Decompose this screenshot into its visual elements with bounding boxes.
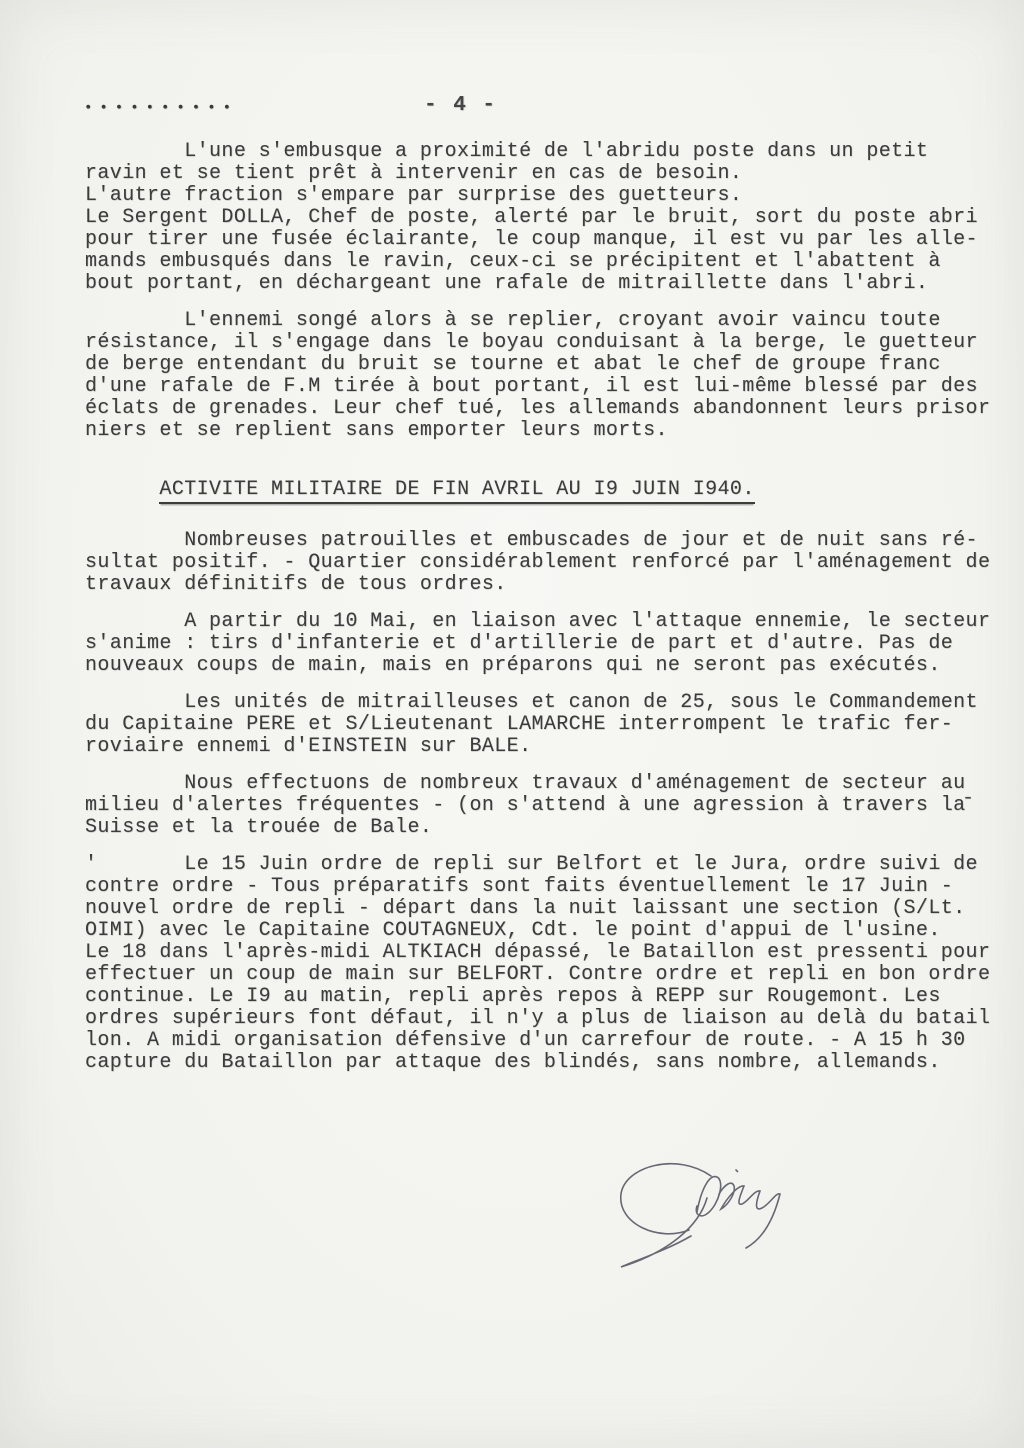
handwritten-signature bbox=[607, 1140, 817, 1275]
paragraph-ambush: L'une s'embusque a proximité de l'abridu… bbox=[85, 141, 1017, 295]
paragraph-patrols: Nombreuses patrouilles et embuscades de … bbox=[85, 530, 1017, 596]
scanned-document-page: •••••••••• - 4 - L'une s'embusque a prox… bbox=[0, 0, 1024, 1448]
document-body: L'une s'embusque a proximité de l'abridu… bbox=[85, 141, 1017, 1089]
signature-icon bbox=[607, 1140, 817, 1275]
paragraph-travaux: Nous effectuons de nombreux travaux d'am… bbox=[85, 773, 1017, 839]
paragraph-10-mai: A partir du 10 Mai, en liaison avec l'at… bbox=[85, 611, 1017, 677]
paragraph-repli-15-juin: ' Le 15 Juin ordre de repli sur Belfort … bbox=[85, 854, 1017, 1074]
stray-mark: - bbox=[962, 788, 974, 810]
section-heading-text: ACTIVITE MILITAIRE DE FIN AVRIL AU I9 JU… bbox=[159, 479, 754, 504]
section-heading: ACTIVITE MILITAIRE DE FIN AVRIL AU I9 JU… bbox=[85, 457, 1017, 526]
paragraph-mitrailleuses: Les unités de mitrailleuses et canon de … bbox=[85, 692, 1017, 758]
page-number: - 4 - bbox=[424, 94, 497, 117]
header-dotted-line: •••••••••• bbox=[84, 97, 238, 119]
paragraph-enemy-retreat: L'ennemi songé alors à se replier, croya… bbox=[85, 310, 1017, 442]
